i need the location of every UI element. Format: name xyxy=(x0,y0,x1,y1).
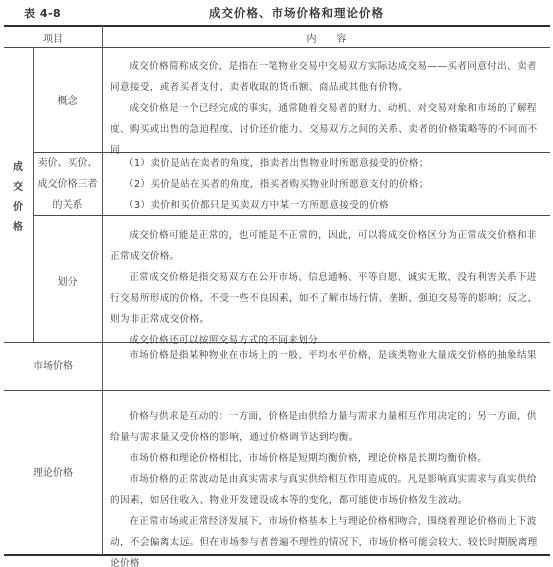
group-char: 交 xyxy=(11,178,25,198)
top-rule xyxy=(4,25,550,27)
paragraph: 在正常市场或正常经济发展下，市场价格基本上与理论价格相吻合，围绕着理论价格而上下… xyxy=(110,511,544,567)
row-label-relationship: 卖价、买价、 成交价格三者 的关系 xyxy=(33,153,102,216)
group-char: 成 xyxy=(11,158,25,178)
row-label-market-price: 市场价格 xyxy=(4,356,102,377)
row-content-market-price: 市场价格是指某种物业在市场上的一般、平均水平价格，是该类物业大量成交价格的抽象结… xyxy=(110,345,544,366)
row-content-theoretical-price: 价格与供求是互动的：一方面，价格是由供给力量与需求力量相互作用决定的；另一方面，… xyxy=(110,406,544,567)
paragraph: 成交价格可能是正常的，也可能是不正常的，因此，可以将成交价格区分为正常成交价格和… xyxy=(110,225,544,267)
group-char: 格 xyxy=(11,218,25,238)
row-label-theoretical-price: 理论价格 xyxy=(4,463,102,484)
main-column-divider xyxy=(102,25,103,555)
label-line: 的关系 xyxy=(33,195,102,216)
row-content-concept: 成交价格简称成交价，是指在一笔物业交易中交易双方实际达成交易——买者同意付出、卖… xyxy=(110,56,544,161)
list-item: （3）卖价和买价都只是买卖双方中某一方所愿意接受的价格 xyxy=(110,195,544,216)
paragraph: 价格与供求是互动的：一方面，价格是由供给力量与需求力量相互作用决定的；另一方面，… xyxy=(110,406,544,448)
paragraph: 市场价格是指某种物业在市场上的一般、平均水平价格，是该类物业大量成交价格的抽象结… xyxy=(110,345,544,366)
row-content-relationship: （1）卖价是站在卖者的角度，指卖者出售物业时所愿意接受的价格； （2）买价是站在… xyxy=(110,153,544,216)
header-bottom-rule xyxy=(4,47,550,48)
label-line: 成交价格三者 xyxy=(33,174,102,195)
label-line: 卖价、买价、 xyxy=(33,153,102,174)
paragraph: 正常成交价格是指交易双方在公开市场、信息通畅、平等自愿、诚实无欺、没有利害关系下… xyxy=(110,267,544,330)
paragraph: 市场价格和理论价格相比，市场价格是短期均衡价格，理论价格是长期均衡价格。 xyxy=(110,448,544,469)
row-label-classification: 划分 xyxy=(33,272,102,293)
group-char: 价 xyxy=(11,198,25,218)
header-item: 项目 xyxy=(4,30,102,45)
list-item: （2）买价是站在买者的角度，指买者购买物业时所愿意支付的价格； xyxy=(110,174,544,195)
row-content-classification: 成交价格可能是正常的，也可能是不正常的，因此，可以将成交价格区分为正常成交价格和… xyxy=(110,225,544,351)
paragraph: 成交价格是一个已经完成的事实，通常随着交易者的财力、动机、对交易对象和市场的了解… xyxy=(110,98,544,161)
market-price-bottom-rule xyxy=(4,390,550,391)
group-label-transaction-price: 成 交 价 格 xyxy=(11,158,25,238)
paragraph: 成交价格简称成交价，是指在一笔物业交易中交易双方实际达成交易——买者同意付出、卖… xyxy=(110,56,544,98)
list-item: （1）卖价是站在卖者的角度，指卖者出售物业时所愿意接受的价格； xyxy=(110,153,544,174)
table-title: 成交价格、市场价格和理论价格 xyxy=(0,5,553,21)
header-content: 内 容 xyxy=(103,30,550,45)
paragraph: 市场价格的正常波动是由真实需求与真实供给相互作用造成的。凡是影响真实需求与真实供… xyxy=(110,469,544,511)
row-label-concept: 概念 xyxy=(33,91,102,112)
